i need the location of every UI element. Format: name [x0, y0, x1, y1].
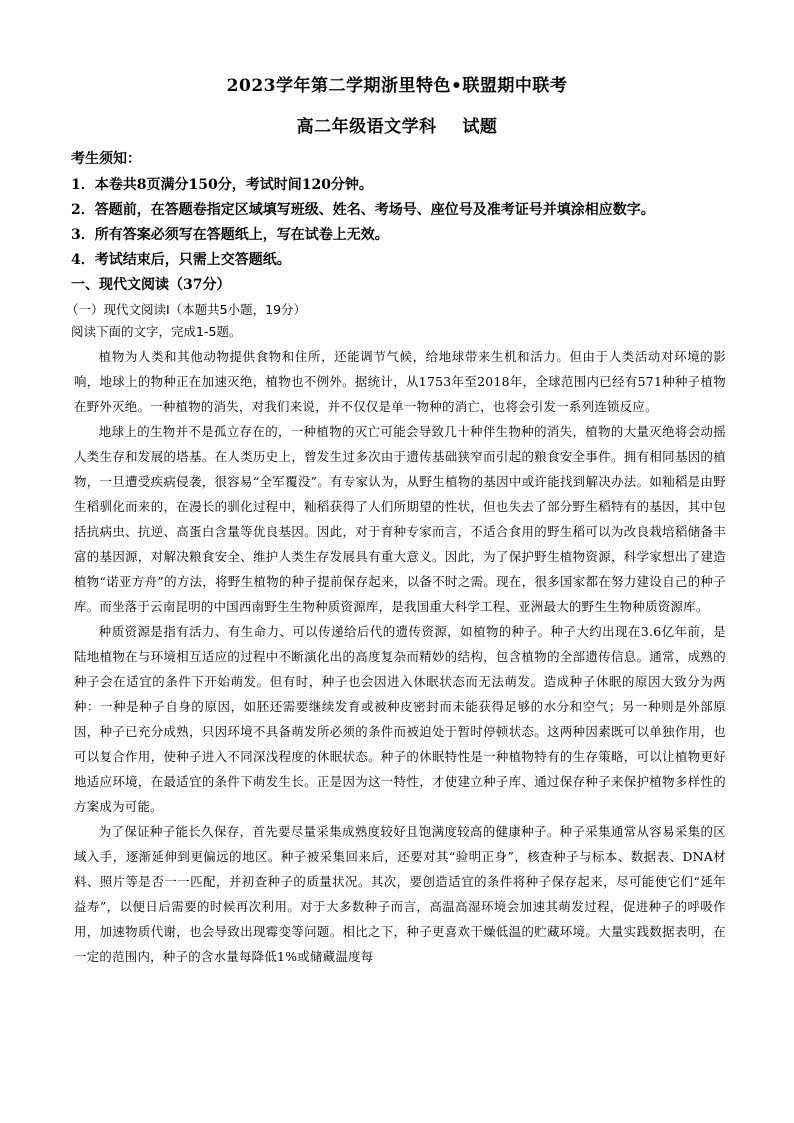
notice-item: 1．本卷共8页满分150分，考试时间120分钟。 [71, 174, 373, 194]
exam-page: 2023学年第二学期浙里特色•联盟期中联考 高二年级语文学科 试题 考生须知： … [0, 0, 794, 1123]
notice-item: 3．所有答案必须写在答题纸上，写在试卷上无效。 [71, 224, 389, 244]
notice-item: 2．答题前，在答题卷指定区域填写班级、姓名、考场号、座位号及准考证号并填涂相应数… [71, 199, 655, 219]
exam-subtitle: 高二年级语文学科 试题 [0, 112, 794, 137]
reading-passage: 植物为人类和其他动物提供食物和住所，还能调节气候，给地球带来生机和活力。但由于人… [74, 344, 726, 969]
exam-title: 2023学年第二学期浙里特色•联盟期中联考 [0, 71, 794, 96]
passage-paragraph: 地球上的生物并不是孤立存在的，一种植物的灭亡可能会导致几十种伴生物种的消失，植物… [74, 419, 726, 619]
reading-instruction: 阅读下面的文字，完成1-5题。 [71, 322, 241, 340]
passage-paragraph: 种质资源是指有活力、有生命力、可以传递给后代的遗传资源，如植物的种子。种子大约出… [74, 619, 726, 819]
section-subheading: （一）现代文阅读Ⅰ（本题共5小题，19分） [66, 300, 306, 318]
section-heading: 一、现代文阅读（37分） [71, 274, 230, 294]
notice-heading: 考生须知： [71, 148, 141, 168]
passage-paragraph: 植物为人类和其他动物提供食物和住所，还能调节气候，给地球带来生机和活力。但由于人… [74, 344, 726, 419]
passage-paragraph: 为了保证种子能长久保存，首先要尽量采集成熟度较好且饱满度较高的健康种子。种子采集… [74, 819, 726, 969]
notice-item: 4．考试结束后，只需上交答题纸。 [71, 249, 291, 269]
